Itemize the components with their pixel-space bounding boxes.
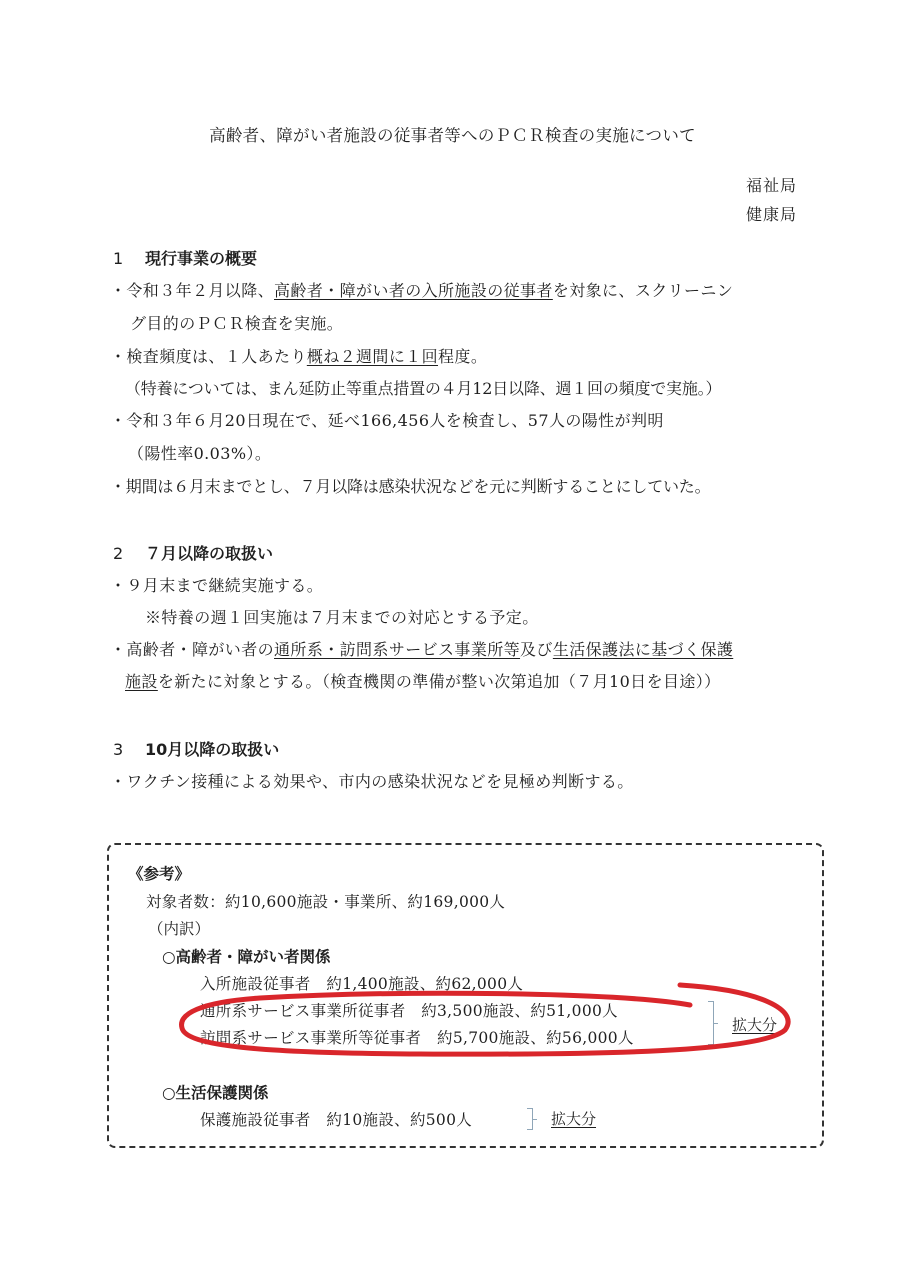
section-number: 3 [113, 740, 145, 759]
group-elderly-disabled-title: ○高齢者・障がい者関係 [162, 945, 331, 967]
section-2-line-3: ・高齢者・障がい者の通所系・訪問系サービス事業所等及び生活保護法に基づく保護 [110, 637, 733, 660]
section-2-line-1: ・９月末まで継続実施する。 [110, 573, 323, 596]
row-people: 約56,000人 [546, 1029, 634, 1047]
row-facilities: 約3,500施設 [421, 1002, 514, 1020]
reference-breakdown-label: （内訳） [148, 917, 210, 939]
section-2-line-4: 施設を新たに対象とする。（検査機関の準備が整い次第追加（７月10日を目途）） [125, 669, 721, 692]
underlined-target: 高齢者・障がい者の入所施設の従事者 [274, 281, 553, 300]
section-number: 2 [113, 544, 145, 563]
reference-row: 保護施設従事者 約10施設、約500人 [200, 1108, 472, 1130]
row-people: 約51,000人 [530, 1002, 618, 1020]
section-2-line-2: ※特養の週１回実施は７月末までの対応とする予定。 [145, 605, 539, 628]
section-1-line-6: （陽性率0.03%）。 [128, 441, 271, 464]
section-title: ７月以降の取扱い [145, 544, 273, 563]
section-1-line-2: グ目的のＰＣＲ検査を実施。 [130, 311, 343, 334]
section-number: 1 [113, 249, 145, 268]
section-1-heading: 1現行事業の概要 [113, 246, 257, 269]
row-people: 約62,000人 [436, 975, 524, 993]
section-title: 現行事業の概要 [145, 249, 257, 268]
expansion-label: 拡大分 [732, 1014, 777, 1035]
bracket-icon [708, 1001, 714, 1045]
group-welfare-title: ○生活保護関係 [162, 1081, 269, 1103]
underlined-facility: 施設 [125, 672, 158, 691]
reference-row: 入所施設従事者 約1,400施設、約62,000人 [200, 972, 523, 994]
reference-heading: 《参考》 [128, 862, 190, 884]
department-welfare: 福祉局 [746, 173, 797, 196]
section-title: 10月以降の取扱い [145, 740, 279, 759]
department-health: 健康局 [746, 202, 797, 225]
underlined-frequency: 概ね２週間に１回 [307, 347, 438, 366]
section-1-line-5: ・令和３年６月20日現在で、延べ166,456人を検査し、57人の陽性が判明 [110, 408, 664, 431]
row-facilities: 約10施設 [326, 1111, 394, 1129]
bracket-icon [527, 1108, 533, 1130]
section-1-line-4: （特養については、まん延防止等重点措置の４月12日以降、週１回の頻度で実施。） [125, 376, 721, 399]
reference-row: 訪問系サービス事業所等従事者 約5,700施設、約56,000人 [200, 1026, 634, 1048]
section-1-line-7: ・期間は６月末までとし、７月以降は感染状況などを元に判断することにしていた。 [110, 474, 710, 497]
row-facilities: 約1,400施設 [326, 975, 419, 993]
section-2-heading: 2７月以降の取扱い [113, 541, 273, 564]
row-name: 入所施設従事者 [200, 975, 311, 993]
section-3-heading: 310月以降の取扱い [113, 737, 279, 760]
row-name: 保護施設従事者 [200, 1111, 311, 1129]
underlined-protection-law: 生活保護法に基づく保護 [553, 640, 733, 659]
document-title: 高齢者、障がい者施設の従事者等へのＰＣＲ検査の実施について [0, 122, 905, 146]
section-3-line-1: ・ワクチン接種による効果や、市内の感染状況などを見極め判断する。 [110, 769, 634, 792]
row-people: 約500人 [410, 1111, 472, 1129]
section-1-line-1: ・令和３年２月以降、高齢者・障がい者の入所施設の従事者を対象に、スクリーニン [110, 278, 733, 301]
row-facilities: 約5,700施設 [437, 1029, 530, 1047]
expansion-label: 拡大分 [551, 1108, 596, 1129]
reference-row: 通所系サービス事業所従事者 約3,500施設、約51,000人 [200, 999, 618, 1021]
section-1-line-3: ・検査頻度は、１人あたり概ね２週間に１回程度。 [110, 344, 487, 367]
row-name: 訪問系サービス事業所等従事者 [200, 1029, 421, 1047]
reference-total: 対象者数：約10,600施設・事業所、約169,000人 [146, 890, 505, 912]
underlined-service-offices: 通所系・訪問系サービス事業所等 [274, 640, 520, 659]
row-name: 通所系サービス事業所従事者 [200, 1002, 405, 1020]
